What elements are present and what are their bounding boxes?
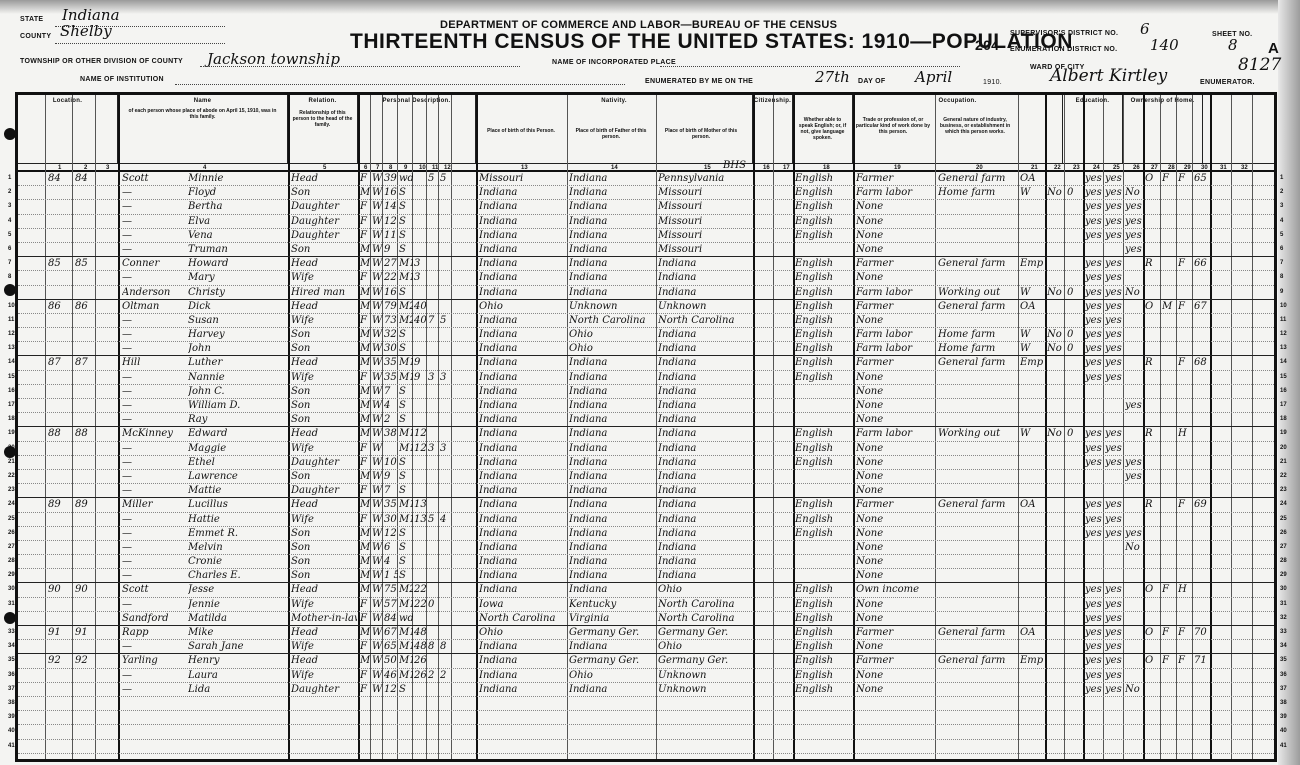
cell-write: yes [1105, 456, 1123, 470]
col-group-location: Location. [18, 95, 118, 163]
cell-age: 11 [384, 229, 398, 243]
column-number: 13 [521, 165, 528, 171]
enumerator-label: Enumerator. [1200, 79, 1255, 86]
cell-born: 3 [428, 442, 438, 456]
cell-relation: Daughter [291, 229, 357, 243]
cell-read: yes [1085, 356, 1103, 370]
cell-industry: Working out [938, 286, 1018, 300]
cell-english: English [795, 583, 853, 597]
cell-given: Dick [188, 300, 286, 314]
line-number-right: 39 [1280, 714, 1287, 720]
cell-dwelling: 84 [48, 172, 72, 186]
cell-birth: Indiana [479, 200, 567, 214]
line-number-right: 9 [1280, 289, 1283, 295]
cell-living: 3 [440, 371, 450, 385]
cell-english: English [795, 456, 853, 470]
cell-trade: Farm labor [856, 427, 934, 441]
cell-surname: — [122, 243, 192, 257]
cell-race: W [372, 257, 383, 271]
cell-farm: F [1178, 300, 1192, 314]
cell-given: Hattie [188, 513, 286, 527]
cell-read: yes [1085, 669, 1103, 683]
cell-relation: Daughter [291, 484, 357, 498]
cell-farm: F [1178, 654, 1192, 668]
cell-emp: W [1020, 342, 1044, 356]
cell-read: yes [1085, 612, 1103, 626]
cell-surname: — [122, 569, 192, 583]
cell-age: 65 [384, 640, 398, 654]
cell-surname: — [122, 399, 192, 413]
line-number: 40 [8, 728, 15, 734]
cell-emp: W [1020, 427, 1044, 441]
cell-write: yes [1105, 498, 1123, 512]
line-number-right: 16 [1280, 388, 1287, 394]
cell-relation: Wife [291, 669, 357, 683]
cell-birth: Indiana [479, 569, 567, 583]
cell-surname: — [122, 342, 192, 356]
cell-given: Melvin [188, 541, 286, 555]
cell-surname: McKinney [122, 427, 192, 441]
column-number: 32 [1241, 165, 1248, 171]
cell-family: 84 [75, 172, 95, 186]
cell-mother: Indiana [658, 569, 752, 583]
cell-race: W [372, 683, 383, 697]
cell-trade: None [856, 555, 934, 569]
cell-w22: 0 [1067, 328, 1083, 342]
cell-sched: 65 [1194, 172, 1210, 186]
cell-father: Ohio [569, 342, 655, 356]
cell-sex: M [360, 413, 371, 427]
cell-age: 7 [384, 484, 398, 498]
cell-birth: Indiana [479, 328, 567, 342]
line-number-right: 19 [1280, 430, 1287, 436]
cell-father: Indiana [569, 456, 655, 470]
cell-emp: OA [1020, 498, 1044, 512]
cell-father: Indiana [569, 513, 655, 527]
table-row: 1717—William D.SonMW4SIndianaIndianaIndi… [18, 399, 1274, 413]
cell-family: 88 [75, 427, 95, 441]
cell-years: 22 [414, 583, 426, 597]
cell-race: W [372, 442, 383, 456]
cell-read: yes [1085, 286, 1103, 300]
cell-years: 26 [414, 654, 426, 668]
cell-industry: General farm [938, 654, 1018, 668]
cell-write: yes [1105, 271, 1123, 285]
cell-mother: Germany Ger. [658, 654, 752, 668]
cell-read: yes [1085, 442, 1103, 456]
line-number: 37 [8, 686, 15, 692]
cell-years: 12 [414, 427, 426, 441]
cell-father: Indiana [569, 243, 655, 257]
column-number: 7 [376, 165, 379, 171]
cell-sex: F [360, 215, 371, 229]
cell-birth: Indiana [479, 442, 567, 456]
cell-mother: North Carolina [658, 598, 752, 612]
cell-years: 48 [414, 640, 426, 654]
table-row: 2525—HattieWifeFW30M11354IndianaIndianaI… [18, 513, 1274, 527]
cell-years: 40 [414, 300, 426, 314]
cell-age: 12 [384, 215, 398, 229]
county-value: Shelby [60, 22, 112, 40]
cell-father: Indiana [569, 215, 655, 229]
cell-marital: M1 [399, 371, 413, 385]
cell-write: yes [1105, 683, 1123, 697]
cell-english: English [795, 186, 853, 200]
cell-mother: Missouri [658, 186, 752, 200]
cell-sex: F [360, 229, 371, 243]
cell-sex: M [360, 470, 371, 484]
cell-sex: M [360, 541, 371, 555]
line-number-right: 23 [1280, 487, 1287, 493]
cell-given: Laura [188, 669, 286, 683]
line-number-right: 32 [1280, 615, 1287, 621]
cell-marital: S [399, 683, 413, 697]
cell-write: yes [1105, 427, 1123, 441]
line-number-right: 14 [1280, 359, 1287, 365]
cell-trade: None [856, 669, 934, 683]
cell-english: English [795, 215, 853, 229]
cell-write: yes [1105, 300, 1123, 314]
cell-mother: Indiana [658, 257, 752, 271]
line-number: 15 [8, 374, 15, 380]
cell-relation: Head [291, 654, 357, 668]
cell-emp: W [1020, 286, 1044, 300]
cell-race: W [372, 470, 383, 484]
cell-given: Susan [188, 314, 286, 328]
cell-age: 14 [384, 200, 398, 214]
cell-given: Matilda [188, 612, 286, 626]
cell-given: John [188, 342, 286, 356]
cell-given: Bertha [188, 200, 286, 214]
cell-relation: Wife [291, 314, 357, 328]
cell-sex: M [360, 527, 371, 541]
column-number: 26 [1133, 165, 1140, 171]
line-number: 6 [8, 246, 11, 252]
table-row: 22—FloydSonMW16SIndianaIndianaMissouriEn… [18, 186, 1274, 200]
cell-relation: Head [291, 583, 357, 597]
scan-edge [1278, 0, 1300, 765]
cell-relation: Head [291, 257, 357, 271]
cell-school: yes [1125, 399, 1143, 413]
cell-given: Sarah Jane [188, 640, 286, 654]
cell-read: yes [1085, 640, 1103, 654]
line-number-right: 8 [1280, 274, 1283, 280]
cell-race: W [372, 300, 383, 314]
cell-sex: M [360, 427, 371, 441]
enumerated-label: Enumerated by me on the [645, 78, 753, 85]
cell-birth: Indiana [479, 186, 567, 200]
cell-write: yes [1105, 229, 1123, 243]
column-number: 2 [84, 165, 87, 171]
cell-race: W [372, 541, 383, 555]
cell-mother: Indiana [658, 371, 752, 385]
cell-marital: M2 [399, 583, 413, 597]
cell-sex: M [360, 569, 371, 583]
cell-age: 4 [384, 555, 398, 569]
column-number: 24 [1093, 165, 1100, 171]
line-number-right: 3 [1280, 203, 1283, 209]
cell-read: yes [1085, 229, 1103, 243]
cell-father: Indiana [569, 583, 655, 597]
cell-given: Christy [188, 286, 286, 300]
line-number: 7 [8, 260, 11, 266]
table-row: 3131—JennieWifeFW57M1220IowaKentuckyNort… [18, 598, 1274, 612]
cell-age: 12 [384, 683, 398, 697]
cell-trade: None [856, 683, 934, 697]
cell-father: Indiana [569, 371, 655, 385]
cell-father: Indiana [569, 484, 655, 498]
cell-given: Lida [188, 683, 286, 697]
cell-sex: M [360, 399, 371, 413]
column-number: 15 [704, 165, 711, 171]
table-row: 1616—John C.SonMW7SIndianaIndianaIndiana… [18, 385, 1274, 399]
cell-relation: Son [291, 243, 357, 257]
cell-own: R [1145, 498, 1159, 512]
cell-birth: Indiana [479, 399, 567, 413]
cell-w21: No [1047, 186, 1064, 200]
enumerated-month: April [915, 68, 952, 86]
cell-living: 3 [440, 442, 450, 456]
cell-given: Floyd [188, 186, 286, 200]
cell-race: W [372, 626, 383, 640]
census-title: THIRTEENTH CENSUS OF THE UNITED STATES: … [350, 30, 1073, 54]
cell-birth: Indiana [479, 229, 567, 243]
line-number: 31 [8, 601, 15, 607]
cell-father: Indiana [569, 172, 655, 186]
cell-mother: North Carolina [658, 314, 752, 328]
cell-age: 9 [384, 470, 398, 484]
incorporated-place-line [660, 66, 960, 67]
cell-father: Indiana [569, 498, 655, 512]
cell-read: yes [1085, 186, 1103, 200]
cell-write: yes [1105, 257, 1123, 271]
cell-birth: Indiana [479, 271, 567, 285]
table-row: 44—ElvaDaughterFW12SIndianaIndianaMissou… [18, 215, 1274, 229]
cell-industry: Home farm [938, 186, 1018, 200]
cell-farm: F [1178, 172, 1192, 186]
cell-trade: Farm labor [856, 328, 934, 342]
cell-race: W [372, 654, 383, 668]
cell-sex: M [360, 555, 371, 569]
cell-read: yes [1085, 683, 1103, 697]
cell-emp: Emp [1020, 654, 1044, 668]
cell-farm: F [1178, 626, 1192, 640]
census-rows: 118484ScottMinnieHeadFW39wd55MissouriInd… [18, 172, 1274, 754]
cell-race: W [372, 286, 383, 300]
cell-race: W [372, 498, 383, 512]
table-row: 778585ConnerHowardHeadMW27M13IndianaIndi… [18, 257, 1274, 271]
cell-industry: Home farm [938, 328, 1018, 342]
cell-age: 35 [384, 498, 398, 512]
cell-father: Indiana [569, 229, 655, 243]
line-number: 1 [8, 175, 11, 181]
column-number: 27 [1151, 165, 1158, 171]
cell-race: W [372, 598, 383, 612]
cell-birth: Indiana [479, 683, 567, 697]
cell-father: Kentucky [569, 598, 655, 612]
cell-marital: S [399, 399, 413, 413]
cell-given: William D. [188, 399, 286, 413]
cell-surname: — [122, 456, 192, 470]
line-number: 14 [8, 359, 15, 365]
cell-relation: Son [291, 342, 357, 356]
cell-own: O [1145, 654, 1159, 668]
cell-mother: Indiana [658, 385, 752, 399]
cell-dwelling: 85 [48, 257, 72, 271]
column-number: 31 [1220, 165, 1227, 171]
table-row: 55—VenaDaughterFW11SIndianaIndianaMissou… [18, 229, 1274, 243]
cell-trade: None [856, 442, 934, 456]
cell-birth: Indiana [479, 555, 567, 569]
cell-trade: None [856, 371, 934, 385]
cell-english: English [795, 427, 853, 441]
cell-own: O [1145, 583, 1159, 597]
line-number-right: 13 [1280, 345, 1287, 351]
table-row: 4040 [18, 725, 1274, 739]
cell-trade: None [856, 271, 934, 285]
line-number-right: 36 [1280, 672, 1287, 678]
cell-english: English [795, 257, 853, 271]
cell-living: 5 [440, 172, 450, 186]
cell-read: yes [1085, 257, 1103, 271]
cell-own: R [1145, 356, 1159, 370]
line-number: 18 [8, 416, 15, 422]
cell-english: English [795, 442, 853, 456]
cell-sex: M [360, 243, 371, 257]
cell-age: 16 [384, 286, 398, 300]
cell-farm: F [1178, 356, 1192, 370]
cell-marital: M1 [399, 271, 413, 285]
col-group-personal: Personal Description. [358, 95, 476, 163]
cell-relation: Wife [291, 442, 357, 456]
cell-marital: S [399, 200, 413, 214]
cell-father: Indiana [569, 555, 655, 569]
cell-birth: Indiana [479, 257, 567, 271]
cell-english: English [795, 598, 853, 612]
supervisor-value: 6 [1140, 20, 1150, 38]
cell-marital: M1 [399, 513, 413, 527]
table-row: 33—BerthaDaughterFW14SIndianaIndianaMiss… [18, 200, 1274, 214]
cell-marital: S [399, 527, 413, 541]
table-row: 1212—HarveySonMW32SIndianaOhioIndianaEng… [18, 328, 1274, 342]
cell-own: O [1145, 626, 1159, 640]
cell-years: 12 [414, 442, 426, 456]
cell-mother: Indiana [658, 555, 752, 569]
cell-marital: M1 [399, 498, 413, 512]
line-number-right: 31 [1280, 601, 1287, 607]
cell-industry: General farm [938, 626, 1018, 640]
line-number-right: 38 [1280, 700, 1287, 706]
cell-sex: M [360, 385, 371, 399]
cell-sex: M [360, 300, 371, 314]
column-number: 1 [58, 165, 61, 171]
cell-relation: Head [291, 300, 357, 314]
cell-race: W [372, 484, 383, 498]
cell-father: Indiana [569, 427, 655, 441]
cell-dwelling: 92 [48, 654, 72, 668]
cell-family: 89 [75, 498, 95, 512]
cell-birth: Indiana [479, 527, 567, 541]
cell-emp: W [1020, 328, 1044, 342]
col-group-english: Whether able to speak English; or, if no… [793, 95, 853, 163]
cell-relation: Mother-in-law [291, 612, 357, 626]
line-number-right: 34 [1280, 643, 1287, 649]
cell-write: yes [1105, 640, 1123, 654]
cell-race: W [372, 513, 383, 527]
table-row: 2222—LawrenceSonMW9SIndianaIndianaIndian… [18, 470, 1274, 484]
cell-english: English [795, 371, 853, 385]
cell-marital: M1 [399, 257, 413, 271]
cell-dwelling: 89 [48, 498, 72, 512]
line-number: 33 [8, 629, 15, 635]
line-number-right: 1 [1280, 175, 1283, 181]
cell-given: Vena [188, 229, 286, 243]
cell-marital: S [399, 215, 413, 229]
cell-marital: M1 [399, 640, 413, 654]
cell-free: F [1162, 583, 1176, 597]
cell-given: Mike [188, 626, 286, 640]
cell-father: North Carolina [569, 314, 655, 328]
cell-w21: No [1047, 328, 1064, 342]
col-group-nativity: Nativity. Place of birth of this Person.… [476, 95, 753, 163]
cell-sex: M [360, 498, 371, 512]
line-number: 36 [8, 672, 15, 678]
line-number-right: 2 [1280, 189, 1283, 195]
table-row: 30309090ScottJesseHeadMW75M222IndianaInd… [18, 583, 1274, 597]
table-row: 1515—NannieWifeFW35M1933IndianaIndianaIn… [18, 371, 1274, 385]
table-row: 19198888McKinneyEdwardHeadMW38M112Indian… [18, 427, 1274, 441]
cell-trade: None [856, 229, 934, 243]
line-number: 28 [8, 558, 15, 564]
cell-birth: North Carolina [479, 612, 567, 626]
cell-race: W [372, 456, 383, 470]
cell-age: 73 [384, 314, 398, 328]
cell-marital: wd [399, 172, 413, 186]
cell-birth: Indiana [479, 215, 567, 229]
cell-birth: Indiana [479, 286, 567, 300]
cell-race: W [372, 271, 383, 285]
cell-surname: Scott [122, 172, 192, 186]
cell-marital: M1 [399, 598, 413, 612]
cell-age: 30 [384, 513, 398, 527]
cell-mother: Unknown [658, 683, 752, 697]
line-number: 12 [8, 331, 15, 337]
cell-english: English [795, 498, 853, 512]
cell-given: Truman [188, 243, 286, 257]
cell-born: 7 [428, 314, 438, 328]
column-number-row: 1234567891011121314151617181920212223242… [18, 163, 1274, 172]
census-sheet: State Indiana County Shelby Township or … [0, 0, 1300, 765]
cell-given: Howard [188, 257, 286, 271]
col-group-remarks [1203, 95, 1274, 163]
cell-born: 2 [428, 669, 438, 683]
cell-write: yes [1105, 527, 1123, 541]
cell-born: 8 [428, 640, 438, 654]
cell-school: yes [1125, 243, 1143, 257]
cell-father: Indiana [569, 200, 655, 214]
cell-marital: S [399, 555, 413, 569]
cell-sex: M [360, 356, 371, 370]
cell-relation: Son [291, 385, 357, 399]
table-row: 118484ScottMinnieHeadFW39wd55MissouriInd… [18, 172, 1274, 186]
cell-trade: None [856, 470, 934, 484]
cell-race: W [372, 669, 383, 683]
cell-write: yes [1105, 626, 1123, 640]
cell-w22: 0 [1067, 427, 1083, 441]
cell-years: 22 [414, 598, 426, 612]
line-number-right: 21 [1280, 459, 1287, 465]
cell-trade: None [856, 200, 934, 214]
